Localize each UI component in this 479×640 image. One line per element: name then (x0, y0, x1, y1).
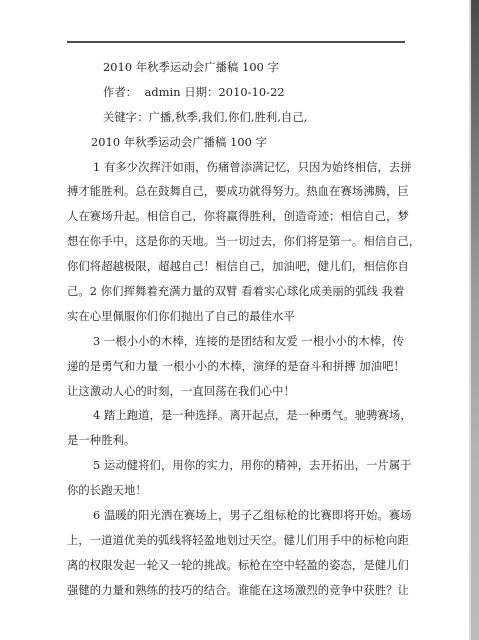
document-text: 2010 年秋季运动会广播稿 100 字作者： admin 日期：2010-10… (67, 56, 425, 604)
text-line: 2010 年秋季运动会广播稿 100 字 (67, 56, 425, 81)
text-line: 4 踏上跑道，是一种选择。离开起点，是一种勇气。驰骋赛场， (67, 404, 425, 429)
text-line: 实在心里佩服你们你们抛出了自己的最佳水平 (67, 305, 425, 330)
text-line: 强健的力量和熟练的技巧的结合。谁能在这场激烈的竞争中获胜？让 (67, 579, 425, 604)
text-line: 人在赛场升起。相信自己，你将赢得胜利，创造奇迹；相信自己，梦 (67, 205, 425, 230)
text-line: 让这激动人心的时刻，一直回荡在我们心中！ (67, 380, 425, 405)
text-line: 1 有多少次挥汗如雨，伤痛曾添满记忆，只因为始终相信，去拼 (67, 156, 425, 181)
text-line: 上，一道道优美的弧线将轻盈地划过天空。健儿们用手中的标枪向距 (67, 529, 425, 554)
text-line: 5 运动健将们，用你的实力，用你的精神，去开拓出，一片属于 (67, 454, 425, 479)
text-line: 离的权限发起一轮又一轮的挑战。标枪在空中轻盈的姿态，是健儿们 (67, 554, 425, 579)
text-line: 你的长跑天地！ (67, 479, 425, 504)
text-line: 己。2 你们挥舞着充满力量的双臂 看着实心球化成美丽的弧线 我着 (67, 280, 425, 305)
text-line: 搏才能胜利。总在鼓舞自己，要成功就得努力。热血在赛场沸腾，巨 (67, 180, 425, 205)
text-line: 想在你手中，这是你的天地。当一切过去，你们将是第一。相信自己， (67, 230, 425, 255)
text-line: 你们将超越极限，超越自己！相信自己，加油吧，健儿们，相信你自 (67, 255, 425, 280)
scrollbar-track[interactable] (471, 0, 479, 640)
header-divider-line (67, 41, 405, 43)
text-line: 6 温暖的阳光洒在赛场上，男子乙组标枪的比赛即将开始。赛场 (67, 504, 425, 529)
text-line: 关键字：广播,秋季,我们,你们,胜利,自己, (67, 106, 425, 131)
text-line: 递的是勇气和力量 一根小小的木棒，演绎的是奋斗和拼搏 加油吧！ (67, 355, 425, 380)
document-page: 2010 年秋季运动会广播稿 100 字作者： admin 日期：2010-10… (0, 0, 479, 640)
text-line: 3 一根小小的木棒，连接的是团结和友爱 一根小小的木棒，传 (67, 330, 425, 355)
text-line: 是一种胜利。 (67, 429, 425, 454)
text-line: 作者： admin 日期：2010-10-22 (67, 81, 425, 106)
text-line: 2010 年秋季运动会广播稿 100 字 (67, 131, 425, 156)
